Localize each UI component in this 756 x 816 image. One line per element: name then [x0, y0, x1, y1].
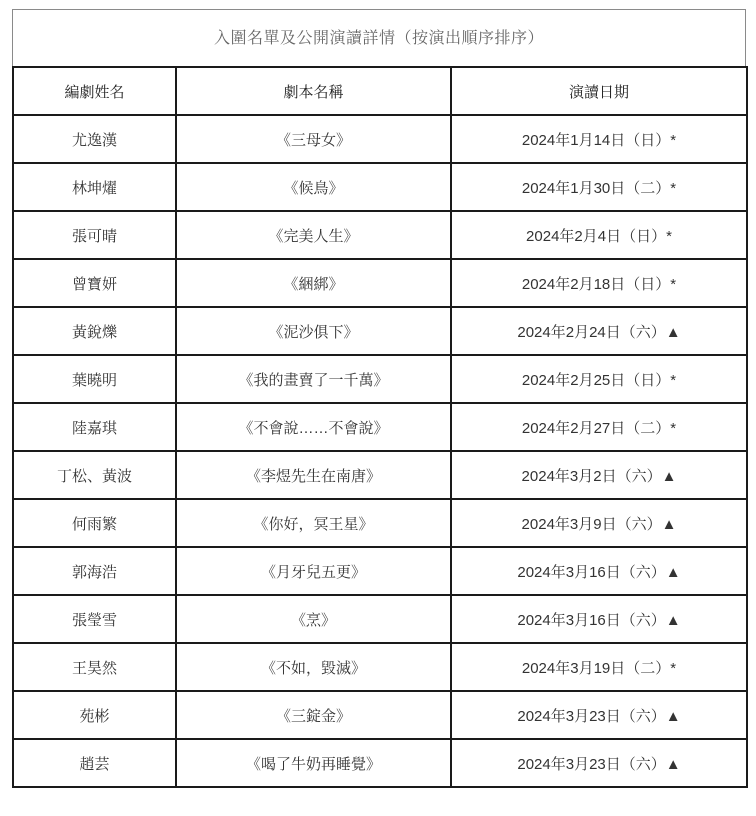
table-row: 丁松、黃波 《李煜先生在南唐》 2024年3月2日（六）▲: [13, 451, 747, 499]
reading-date-cell: 2024年3月23日（六）▲: [451, 691, 747, 739]
playwright-cell: 尤逸漢: [13, 115, 176, 163]
table-row: 郭海浩 《月牙兒五更》 2024年3月16日（六）▲: [13, 547, 747, 595]
table-row: 陸嘉琪 《不會說……不會說》 2024年2月27日（二）*: [13, 403, 747, 451]
playwright-cell: 曾寶妍: [13, 259, 176, 307]
reading-date-cell: 2024年2月25日（日）*: [451, 355, 747, 403]
playwright-cell: 郭海浩: [13, 547, 176, 595]
table-row: 王昊然 《不如，毀滅》 2024年3月19日（二）*: [13, 643, 747, 691]
script-title-cell: 《綑綁》: [176, 259, 451, 307]
header-reading-date: 演讀日期: [451, 67, 747, 115]
playwright-cell: 張可晴: [13, 211, 176, 259]
table-row: 趙芸 《喝了牛奶再睡覺》 2024年3月23日（六）▲: [13, 739, 747, 787]
table-row: 黃銳爍 《泥沙俱下》 2024年2月24日（六）▲: [13, 307, 747, 355]
script-title-cell: 《李煜先生在南唐》: [176, 451, 451, 499]
reading-date-cell: 2024年3月2日（六）▲: [451, 451, 747, 499]
table-row: 苑彬 《三錠金》 2024年3月23日（六）▲: [13, 691, 747, 739]
playwright-cell: 苑彬: [13, 691, 176, 739]
playwright-cell: 黃銳爍: [13, 307, 176, 355]
reading-date-cell: 2024年2月4日（日）*: [451, 211, 747, 259]
header-row: 編劇姓名 劇本名稱 演讀日期: [13, 67, 747, 115]
table-row: 葉曉明 《我的畫賣了一千萬》 2024年2月25日（日）*: [13, 355, 747, 403]
script-title-cell: 《泥沙俱下》: [176, 307, 451, 355]
script-title-cell: 《喝了牛奶再睡覺》: [176, 739, 451, 787]
table-row: 何雨繁 《你好，冥王星》 2024年3月9日（六）▲: [13, 499, 747, 547]
reading-date-cell: 2024年3月16日（六）▲: [451, 547, 747, 595]
script-title-cell: 《烹》: [176, 595, 451, 643]
table-row: 林坤燿 《候鳥》 2024年1月30日（二）*: [13, 163, 747, 211]
script-title-cell: 《月牙兒五更》: [176, 547, 451, 595]
script-title-cell: 《不會說……不會說》: [176, 403, 451, 451]
header-script-title: 劇本名稱: [176, 67, 451, 115]
reading-date-cell: 2024年3月16日（六）▲: [451, 595, 747, 643]
reading-date-cell: 2024年3月9日（六）▲: [451, 499, 747, 547]
playwright-cell: 陸嘉琪: [13, 403, 176, 451]
reading-date-cell: 2024年2月24日（六）▲: [451, 307, 747, 355]
playwright-cell: 王昊然: [13, 643, 176, 691]
playwright-cell: 何雨繁: [13, 499, 176, 547]
table-row: 尤逸漢 《三母女》 2024年1月14日（日）*: [13, 115, 747, 163]
reading-date-cell: 2024年1月30日（二）*: [451, 163, 747, 211]
script-title-cell: 《三母女》: [176, 115, 451, 163]
table-row: 張可晴 《完美人生》 2024年2月4日（日）*: [13, 211, 747, 259]
table-row: 張瑩雪 《烹》 2024年3月16日（六）▲: [13, 595, 747, 643]
table-row: 曾寶妍 《綑綁》 2024年2月18日（日）*: [13, 259, 747, 307]
script-title-cell: 《不如，毀滅》: [176, 643, 451, 691]
script-title-cell: 《候鳥》: [176, 163, 451, 211]
script-title-cell: 《完美人生》: [176, 211, 451, 259]
script-title-cell: 《我的畫賣了一千萬》: [176, 355, 451, 403]
playwright-cell: 丁松、黃波: [13, 451, 176, 499]
script-title-cell: 《三錠金》: [176, 691, 451, 739]
finalists-table: 編劇姓名 劇本名稱 演讀日期 尤逸漢 《三母女》 2024年1月14日（日）* …: [12, 66, 748, 788]
script-title-cell: 《你好，冥王星》: [176, 499, 451, 547]
reading-date-cell: 2024年3月23日（六）▲: [451, 739, 747, 787]
table-caption: 入圍名單及公開演讀詳情（按演出順序排序）: [12, 9, 746, 66]
playwright-cell: 趙芸: [13, 739, 176, 787]
playwright-cell: 林坤燿: [13, 163, 176, 211]
playwright-cell: 葉曉明: [13, 355, 176, 403]
reading-date-cell: 2024年2月18日（日）*: [451, 259, 747, 307]
reading-date-cell: 2024年1月14日（日）*: [451, 115, 747, 163]
header-playwright: 編劇姓名: [13, 67, 176, 115]
reading-date-cell: 2024年3月19日（二）*: [451, 643, 747, 691]
finalists-table-container: 入圍名單及公開演讀詳情（按演出順序排序） 編劇姓名 劇本名稱 演讀日期 尤逸漢 …: [12, 9, 746, 788]
playwright-cell: 張瑩雪: [13, 595, 176, 643]
reading-date-cell: 2024年2月27日（二）*: [451, 403, 747, 451]
